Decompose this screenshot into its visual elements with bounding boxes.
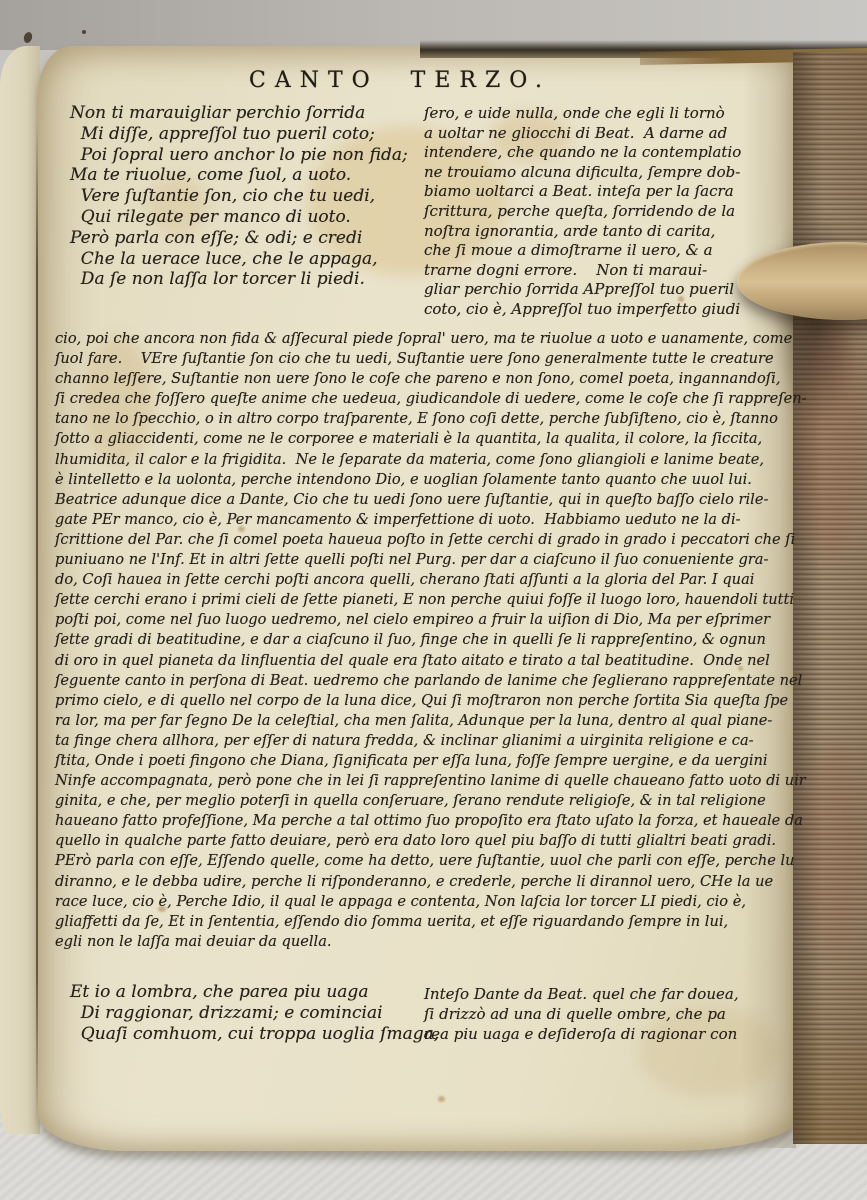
verse-column-bottom-left: Et io a lombra, che parea piu uaga Di ra…	[70, 982, 439, 1045]
commentary-block-main: cio, poi che ancora non fida & aſſecural…	[55, 329, 807, 952]
paddle-shadow	[756, 170, 867, 470]
commentary-column-top-right: ſero, e uide nulla, onde che egli li tor…	[424, 104, 741, 320]
verse-column-top-left: Non ti marauigliar perchio ſorrida Mi di…	[70, 103, 408, 290]
fore-edge-tint	[805, 740, 860, 960]
facing-page-sliver	[0, 46, 40, 1134]
commentary-column-bottom-right: Inteſo Dante da Beat. quel che far douea…	[424, 984, 739, 1044]
canto-title: CANTO TERZO.	[55, 68, 745, 93]
dust-speck	[82, 30, 86, 34]
foxing-spot	[438, 1096, 445, 1102]
book-photograph: CANTO TERZO. Non ti marauigliar perchio …	[0, 0, 867, 1200]
